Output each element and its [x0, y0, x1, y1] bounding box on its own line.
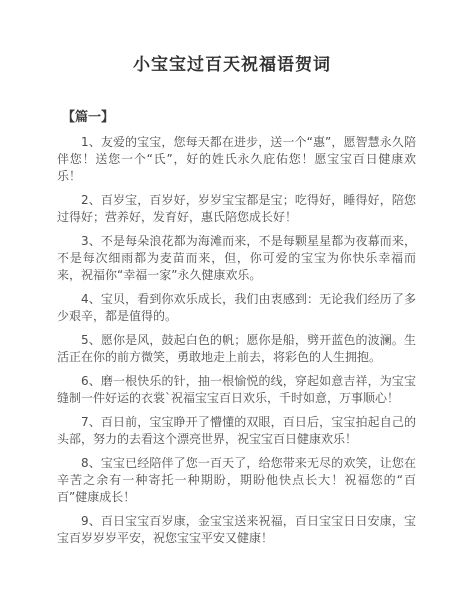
section-heading: 【篇一】	[62, 106, 464, 125]
page-title: 小宝宝过百天祝福语贺词	[0, 0, 464, 75]
paragraph: 2、百岁宝，百岁好，岁岁宝宝都是宝；吃得好，睡得好，陪您过得好；营养好，发育好，…	[57, 192, 416, 226]
paragraph: 6、磨一根快乐的针，抽一根愉悦的线，穿起如意吉祥，为宝宝缝制一件好运的衣裳`祝福…	[57, 373, 416, 407]
document-page: 小宝宝过百天祝福语贺词 【篇一】 1、友爱的宝宝，您每天都在进步，送一个“惠”，…	[0, 0, 464, 600]
document-body: 1、友爱的宝宝，您每天都在进步，送一个“惠”，愿智慧永久陪伴您！送您一个“氏”，…	[57, 134, 416, 547]
paragraph: 5、愿你是风，鼓起白色的帆；愿你是船，劈开蓝色的波澜。生活正在你的前方微笑，勇敢…	[57, 332, 416, 366]
paragraph: 8、宝宝已经陪伴了您一百天了，给您带来无尽的欢笑，让您在辛苦之余有一种寄托一种期…	[57, 455, 416, 506]
paragraph: 4、宝贝，看到你欢乐成长，我们由衷感到：无论我们经历了多少艰辛，都是值得的。	[57, 291, 416, 325]
paragraph: 3、不是每朵浪花都为海滩而来，不是每颗星星都为夜幕而来，不是每次细雨都为麦苗而来…	[57, 233, 416, 284]
paragraph: 9、百日宝宝百岁康，金宝宝送来祝福，百日宝宝日日安康，宝宝百岁岁岁平安，祝您宝宝…	[57, 513, 416, 547]
paragraph: 1、友爱的宝宝，您每天都在进步，送一个“惠”，愿智慧永久陪伴您！送您一个“氏”，…	[57, 134, 416, 185]
paragraph: 7、百日前，宝宝睁开了懵懂的双眼，百日后，宝宝拍起自己的头部，努力的去看这个漂亮…	[57, 414, 416, 448]
